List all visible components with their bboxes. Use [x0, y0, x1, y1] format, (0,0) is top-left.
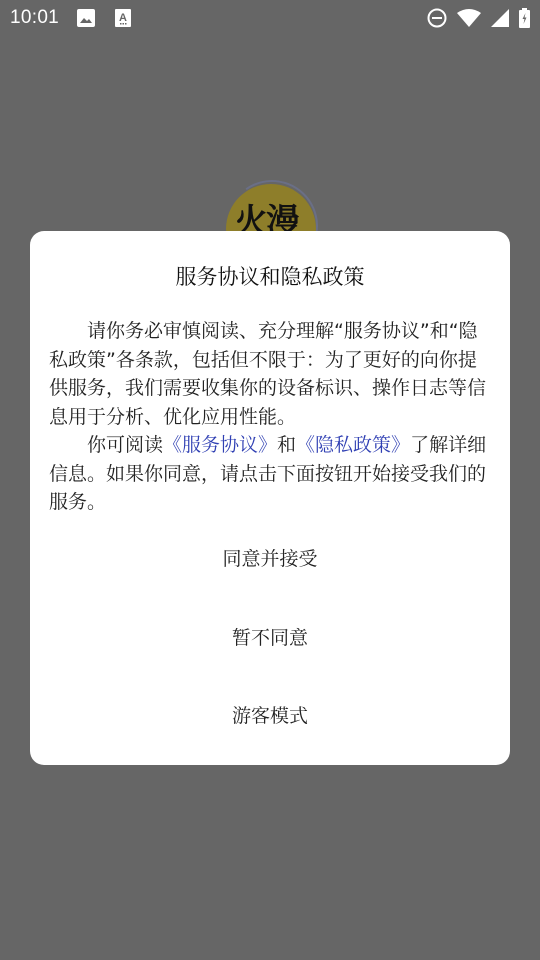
status-system-icons — [427, 8, 530, 28]
paragraph-2-middle: 和 — [277, 434, 296, 456]
dialog-title: 服务协议和隐私政策 — [30, 261, 510, 291]
decline-button[interactable]: 暂不同意 — [30, 606, 510, 666]
battery-charging-icon — [519, 8, 530, 28]
paragraph-2-prefix: 你可阅读 — [87, 434, 163, 456]
wifi-icon — [457, 9, 481, 27]
svg-text:A: A — [119, 12, 127, 24]
status-notification-icons: A — [77, 9, 131, 27]
dialog-paragraph-2: 你可阅读《服务协议》和《隐私政策》了解详细信息。如果你同意，请点击下面按钮开始接… — [49, 431, 491, 517]
privacy-policy-link[interactable]: 《隐私政策》 — [296, 434, 410, 456]
do-not-disturb-icon — [427, 8, 447, 28]
guest-mode-button[interactable]: 游客模式 — [30, 684, 510, 744]
cellular-signal-icon — [491, 9, 509, 27]
privacy-dialog: 服务协议和隐私政策 请你务必审慎阅读、充分理解“服务协议”和“隐私政策”各条款，… — [30, 231, 510, 765]
text-a-icon: A — [115, 9, 131, 27]
status-time: 10:01 — [10, 7, 59, 29]
status-bar: 10:01 A — [0, 0, 540, 36]
accept-button[interactable]: 同意并接受 — [30, 527, 510, 587]
dialog-paragraph-1: 请你务必审慎阅读、充分理解“服务协议”和“隐私政策”各条款，包括但不限于：为了更… — [49, 317, 491, 431]
image-icon — [77, 9, 95, 27]
dialog-body: 请你务必审慎阅读、充分理解“服务协议”和“隐私政策”各条款，包括但不限于：为了更… — [49, 317, 491, 517]
service-agreement-link[interactable]: 《服务协议》 — [163, 434, 277, 456]
